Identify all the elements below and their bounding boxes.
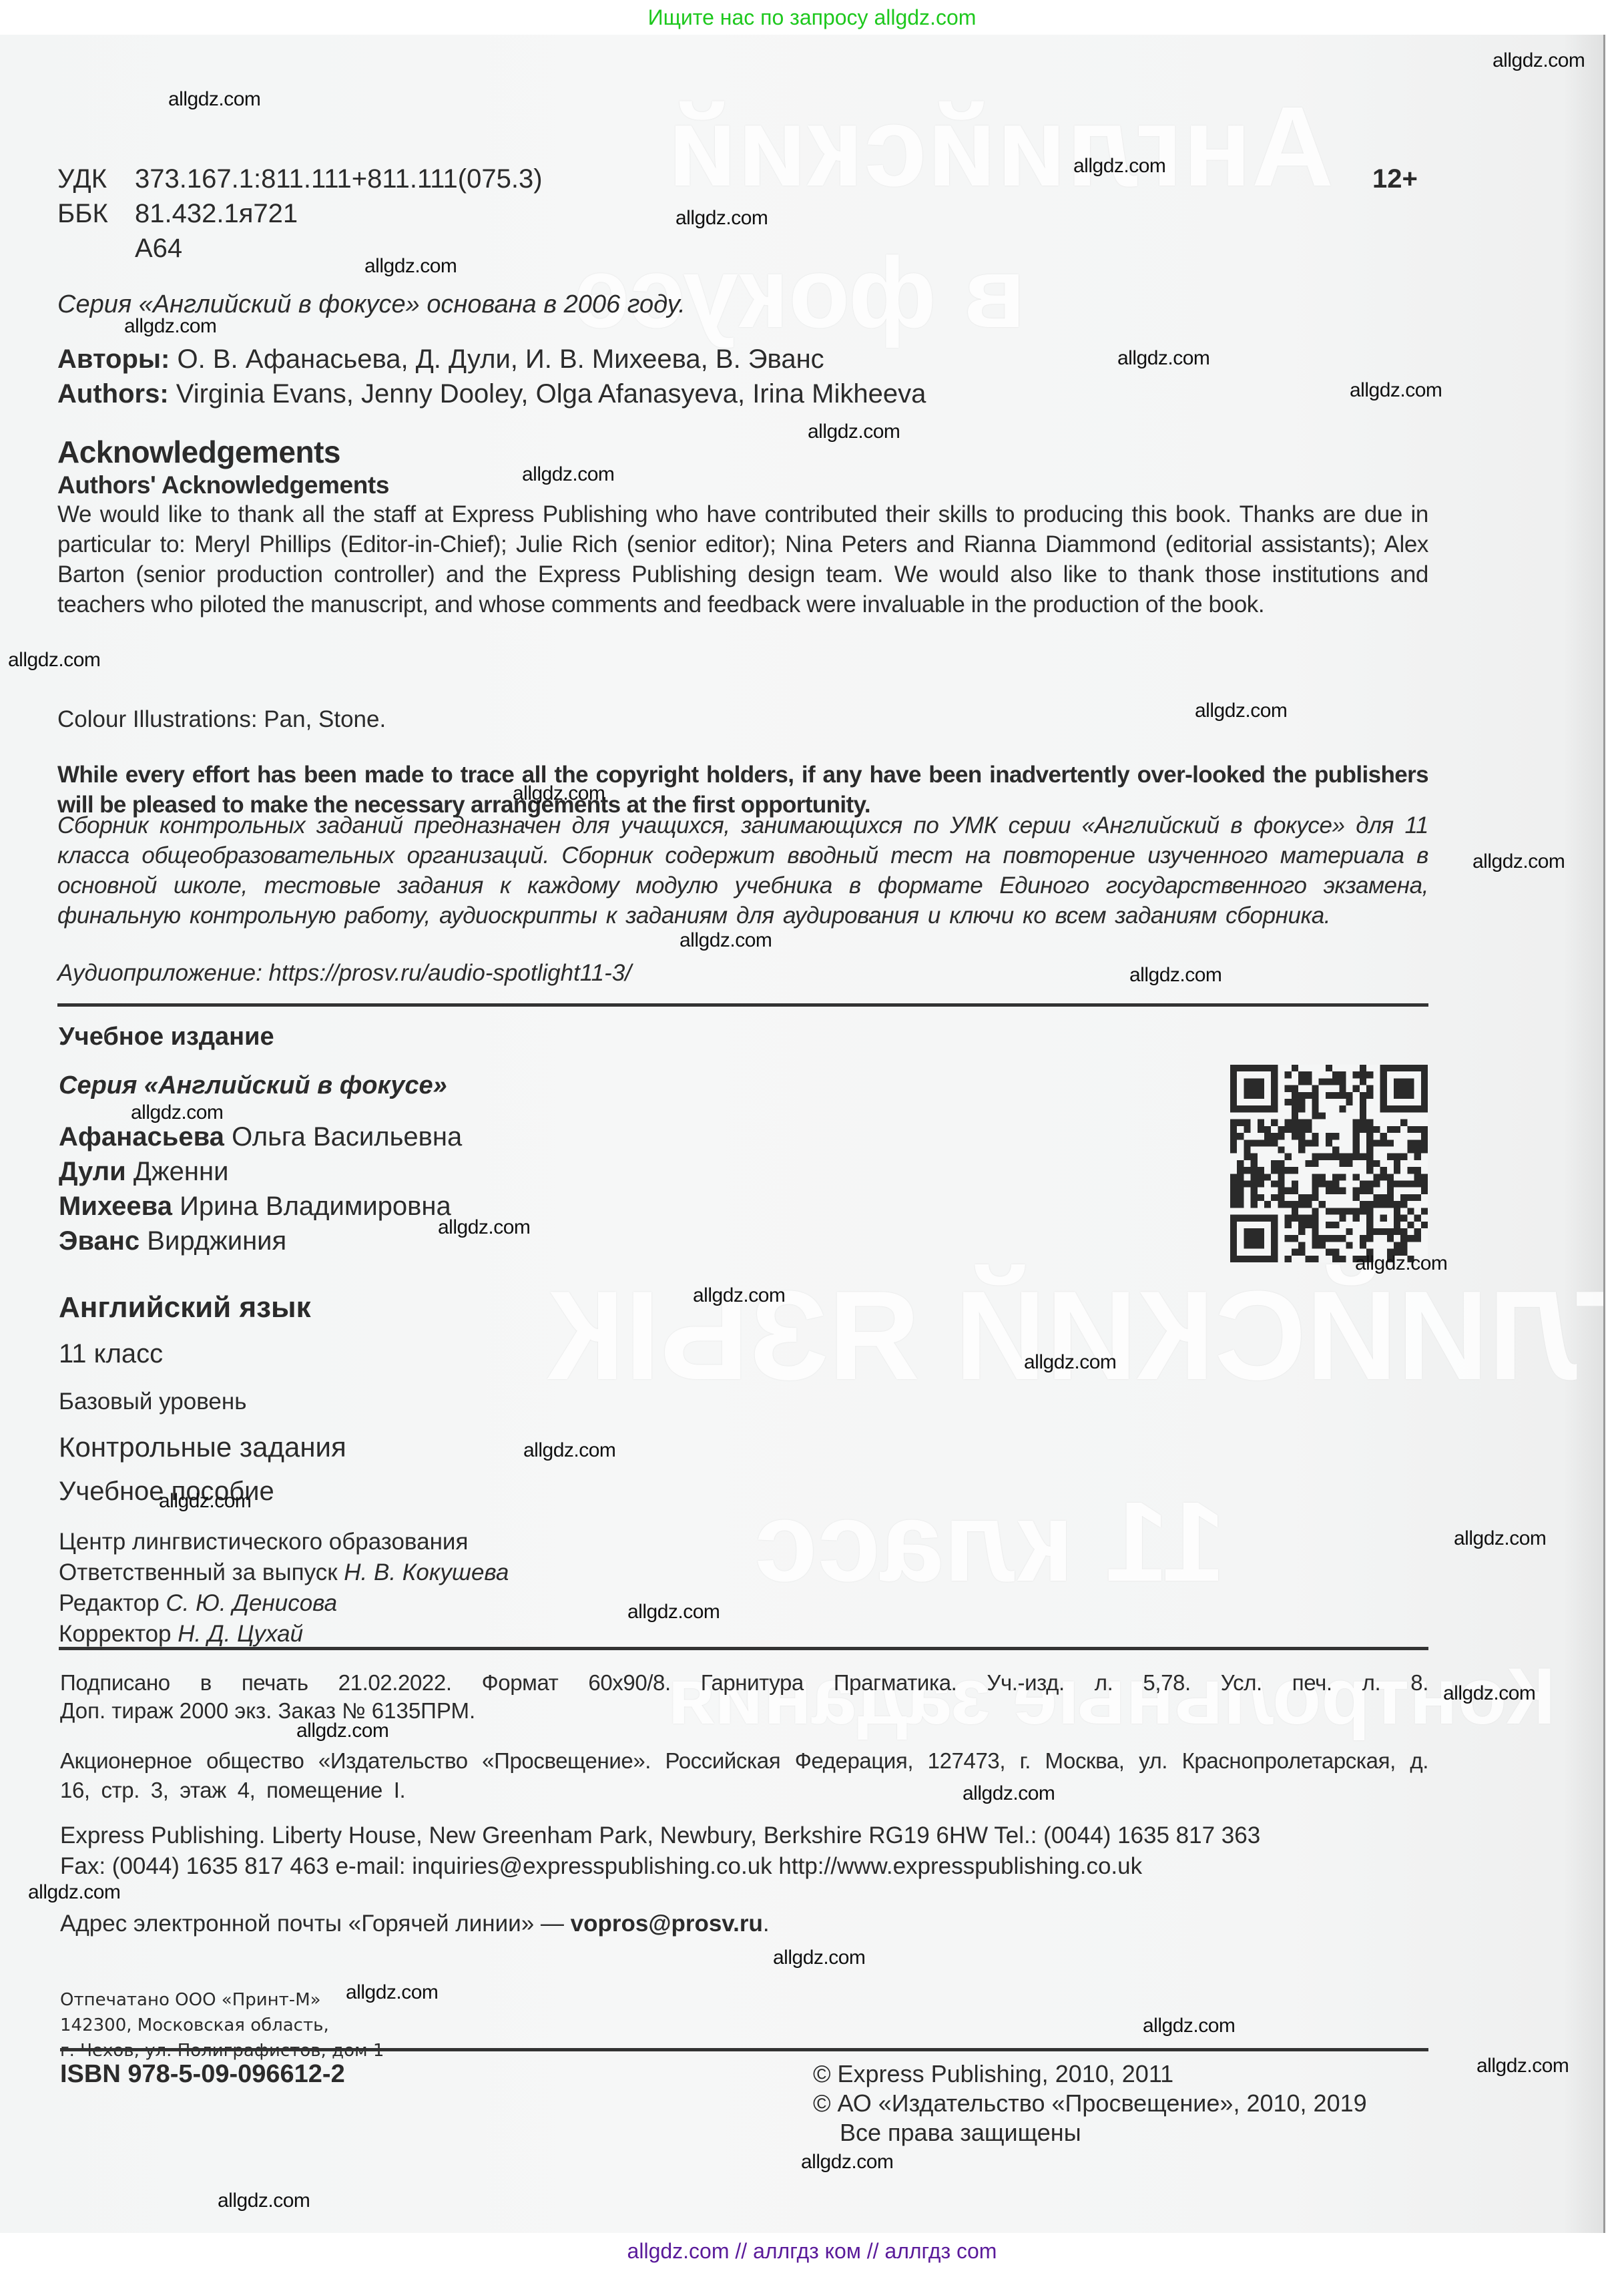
udk-value: 373.167.1:811.111+811.111(075.3) — [135, 164, 543, 194]
watermark: allgdz.com — [1024, 1351, 1116, 1374]
watermark: allgdz.com — [1143, 2015, 1235, 2037]
acknowledgements-body: We would like to thank all the staff at … — [57, 499, 1428, 619]
watermark: allgdz.com — [523, 1439, 615, 1462]
ghost-cover-title: Английский — [667, 81, 1334, 212]
corrector-name: Н. Д. Цухай — [178, 1621, 303, 1647]
watermark: allgdz.com — [1350, 379, 1442, 402]
udk-line: УДК373.167.1:811.111+811.111(075.3) — [57, 162, 543, 196]
watermark: allgdz.com — [218, 2190, 310, 2212]
edition-author-3: Михеева Ирина Владимировна — [59, 1189, 451, 1224]
author-surname: Эванс — [59, 1226, 140, 1256]
author-surname: Михеева — [59, 1192, 172, 1221]
authors-ru-label: Авторы: — [57, 344, 170, 374]
ghost-cover-grade: 11 класс — [754, 1477, 1226, 1607]
watermark: allgdz.com — [8, 649, 100, 672]
isbn: ISBN 978-5-09-096612-2 — [60, 2060, 345, 2089]
top-banner: Ищите нас по запросу allgdz.com — [0, 0, 1624, 35]
watermark: allgdz.com — [1129, 964, 1222, 987]
bbk-label: ББК — [57, 196, 135, 231]
document-page: Английский в фокусе АНГЛИЙСКИЙ ЯЗЫК 11 к… — [0, 35, 1605, 2233]
book-title: Контрольные задания — [59, 1431, 346, 1463]
divider-2 — [59, 1647, 1428, 1650]
watermark: allgdz.com — [131, 1101, 223, 1124]
publisher-en-1: Express Publishing. Liberty House, New G… — [60, 1822, 1260, 1849]
center-name: Центр лингвистического образования — [59, 1529, 468, 1555]
watermark: allgdz.com — [801, 2151, 893, 2174]
copyright-prosv: © АО «Издательство «Просвещение», 2010, … — [813, 2089, 1367, 2117]
divider-1 — [57, 1003, 1428, 1007]
age-rating: 12+ — [1372, 162, 1418, 196]
authors-ru-value: О. В. Афанасьева, Д. Дули, И. В. Михеева… — [177, 344, 824, 374]
authors-en-label: Authors: — [57, 379, 169, 409]
responsible-line: Ответственный за выпуск Н. В. Кокушева — [59, 1559, 509, 1586]
qr-code-icon[interactable] — [1230, 1065, 1428, 1262]
page-edge-shadow — [1563, 35, 1603, 2233]
watermark: allgdz.com — [773, 1947, 865, 1969]
watermark: allgdz.com — [1073, 155, 1165, 178]
watermark: allgdz.com — [675, 207, 768, 230]
watermark: allgdz.com — [1117, 347, 1209, 370]
bbk-line: ББК81.432.1я721 — [57, 196, 298, 231]
collection-description: Сборник контрольных заданий предназначен… — [57, 810, 1428, 931]
editor-name: С. Ю. Денисова — [166, 1590, 337, 1616]
edition-author-2: Дули Дженни — [59, 1154, 228, 1189]
grade: 11 класс — [59, 1339, 163, 1369]
editor-label: Редактор — [59, 1590, 160, 1616]
watermark: allgdz.com — [680, 929, 772, 952]
watermark: allgdz.com — [168, 88, 260, 111]
watermark: allgdz.com — [1493, 49, 1585, 72]
hotline-email[interactable]: vopros@prosv.ru — [571, 1911, 763, 1937]
watermark: allgdz.com — [124, 315, 216, 338]
watermark: allgdz.com — [1476, 2055, 1569, 2077]
author-surname: Дули — [59, 1157, 126, 1186]
authors-en-value: Virginia Evans, Jenny Dooley, Olga Afana… — [176, 379, 926, 409]
hotline-label: Адрес электронной почты «Горячей линии» … — [60, 1911, 564, 1937]
watermark: allgdz.com — [296, 1720, 388, 1742]
publisher-ru: Акционерное общество «Издательство «Прос… — [60, 1746, 1428, 1805]
editor-line: Редактор С. Ю. Денисова — [59, 1590, 337, 1617]
edition-author-1: Афанасьева Ольга Васильевна — [59, 1119, 462, 1154]
author-mark: А64 — [135, 231, 182, 266]
watermark: allgdz.com — [1195, 700, 1287, 722]
responsible-label: Ответственный за выпуск — [59, 1559, 338, 1585]
print-info-line1: Подписано в печать 21.02.2022. Формат 60… — [60, 1668, 1428, 1698]
watermark: allgdz.com — [1443, 1682, 1535, 1705]
level: Базовый уровень — [59, 1389, 246, 1415]
edition-type: Учебное издание — [59, 1023, 274, 1051]
author-name: Дженни — [133, 1157, 229, 1186]
watermark: allgdz.com — [1472, 850, 1565, 873]
acknowledgements-title: Acknowledgements — [57, 434, 340, 470]
author-surname: Афанасьева — [59, 1122, 224, 1152]
watermark: allgdz.com — [808, 421, 900, 443]
subject-title: Английский язык — [59, 1291, 311, 1324]
bbk-value: 81.432.1я721 — [135, 199, 298, 228]
print-info-line2: Доп. тираж 2000 экз. Заказ № 6135ПРМ. — [60, 1698, 475, 1724]
illustrations-credit: Colour Illustrations: Pan, Stone. — [57, 706, 386, 733]
udk-label: УДК — [57, 162, 135, 196]
hotline-line: Адрес электронной почты «Горячей линии» … — [60, 1911, 770, 1937]
edition-series: Серия «Английский в фокусе» — [59, 1071, 447, 1100]
watermark: allgdz.com — [513, 782, 605, 805]
watermark: allgdz.com — [159, 1490, 251, 1513]
audio-link[interactable]: Аудиоприложение: https://prosv.ru/audio-… — [57, 960, 631, 987]
hotline-period: . — [763, 1911, 770, 1937]
watermark: allgdz.com — [1355, 1252, 1447, 1275]
bottom-banner: allgdz.com // аллгдз ком // аллгдз com — [0, 2233, 1624, 2269]
author-name: Вирджиния — [147, 1226, 286, 1256]
watermark: allgdz.com — [438, 1216, 530, 1239]
copyright-express: © Express Publishing, 2010, 2011 — [813, 2060, 1173, 2088]
authors-en: Authors: Virginia Evans, Jenny Dooley, O… — [57, 376, 926, 411]
publisher-en-2: Fax: (0044) 1635 817 463 e-mail: inquiri… — [60, 1853, 1142, 1880]
watermark: allgdz.com — [627, 1601, 720, 1623]
authors-ru: Авторы: О. В. Афанасьева, Д. Дули, И. В.… — [57, 342, 824, 376]
watermark: allgdz.com — [364, 255, 457, 278]
acknowledgements-subtitle: Authors' Acknowledgements — [57, 471, 389, 499]
rights-reserved: Все права защищены — [840, 2119, 1081, 2147]
watermark: allgdz.com — [1454, 1527, 1546, 1550]
watermark: allgdz.com — [693, 1284, 785, 1307]
divider-3 — [60, 2048, 1428, 2051]
printer-line1: Отпечатано ООО «Принт-М» — [60, 1987, 321, 2013]
edition-author-4: Эванс Вирджиния — [59, 1224, 286, 1258]
watermark: allgdz.com — [28, 1881, 120, 1904]
corrector-label: Корректор — [59, 1621, 172, 1647]
watermark: allgdz.com — [522, 463, 614, 486]
watermark: allgdz.com — [346, 1981, 438, 2004]
author-name: Ирина Владимировна — [180, 1192, 451, 1221]
watermark: allgdz.com — [963, 1782, 1055, 1805]
corrector-line: Корректор Н. Д. Цухай — [59, 1621, 303, 1648]
responsible-name: Н. В. Кокушева — [344, 1559, 509, 1585]
author-name: Ольга Васильевна — [232, 1122, 462, 1152]
printer-line2: 142300, Московская область, — [60, 2013, 329, 2038]
